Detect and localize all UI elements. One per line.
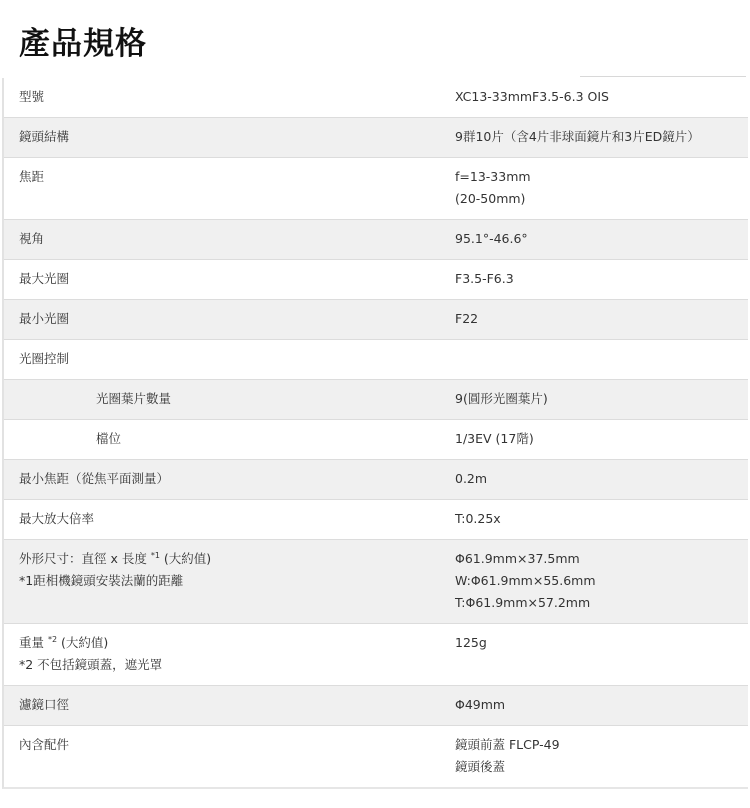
spec-value: 9(圓形光圈葉片) bbox=[455, 380, 748, 419]
spec-row-min-focus-distance: 最小焦距（從焦平面測量） 0.2m bbox=[4, 460, 748, 500]
spec-label: 型號 bbox=[4, 78, 455, 117]
spec-row-angle-of-view: 視角 95.1°-46.6° bbox=[4, 220, 748, 260]
spec-label: 鏡頭結構 bbox=[4, 118, 455, 157]
footnote: *2 不包括鏡頭蓋，遮光罩 bbox=[19, 654, 455, 676]
spec-label: 內含配件 bbox=[4, 726, 455, 787]
footnote-marker: *1 bbox=[151, 551, 160, 560]
spec-row-max-magnification: 最大放大倍率 T:0.25x bbox=[4, 500, 748, 540]
page-title: 產品規格 bbox=[19, 18, 147, 63]
spec-value: 9群10片（含4片非球面鏡片和3片ED鏡片） bbox=[455, 118, 748, 157]
spec-row-weight: 重量 *2 (大約值) *2 不包括鏡頭蓋，遮光罩 125g bbox=[4, 624, 748, 686]
spec-row-filter-size: 濾鏡口徑 Φ49mm bbox=[4, 686, 748, 726]
spec-label: 光圈控制 bbox=[4, 340, 455, 379]
spec-row-aperture-control: 光圈控制 bbox=[4, 340, 748, 380]
spec-value: 95.1°-46.6° bbox=[455, 220, 748, 259]
spec-value bbox=[455, 340, 748, 379]
footnote: *1距相機鏡頭安裝法蘭的距離 bbox=[19, 570, 455, 592]
spec-label: 最大放大倍率 bbox=[4, 500, 455, 539]
divider bbox=[580, 76, 746, 77]
spec-value: F22 bbox=[455, 300, 748, 339]
spec-label: 焦距 bbox=[4, 158, 455, 219]
spec-value: f=13-33mm (20-50mm) bbox=[455, 158, 748, 219]
spec-value: 1/3EV (17階) bbox=[455, 420, 748, 459]
spec-label: 檔位 bbox=[4, 420, 455, 459]
spec-value: Φ61.9mm×37.5mm W:Φ61.9mm×55.6mm T:Φ61.9m… bbox=[455, 540, 748, 623]
spec-label: 外形尺寸：直徑 x 長度 *1 (大約值) *1距相機鏡頭安裝法蘭的距離 bbox=[4, 540, 455, 623]
spec-label: 最小焦距（從焦平面測量） bbox=[4, 460, 455, 499]
spec-row-min-aperture: 最小光圈 F22 bbox=[4, 300, 748, 340]
spec-table: 型號 XC13-33mmF3.5-6.3 OIS 鏡頭結構 9群10片（含4片非… bbox=[2, 78, 748, 789]
spec-value: XC13-33mmF3.5-6.3 OIS bbox=[455, 78, 748, 117]
spec-row-lens-construction: 鏡頭結構 9群10片（含4片非球面鏡片和3片ED鏡片） bbox=[4, 118, 748, 158]
spec-value: F3.5-F6.3 bbox=[455, 260, 748, 299]
spec-label: 重量 *2 (大約值) *2 不包括鏡頭蓋，遮光罩 bbox=[4, 624, 455, 685]
spec-row-accessories: 內含配件 鏡頭前蓋 FLCP-49 鏡頭後蓋 bbox=[4, 726, 748, 787]
footnote-marker: *2 bbox=[48, 635, 57, 644]
spec-value: Φ49mm bbox=[455, 686, 748, 725]
spec-value: 0.2m bbox=[455, 460, 748, 499]
spec-label: 最小光圈 bbox=[4, 300, 455, 339]
spec-row-model: 型號 XC13-33mmF3.5-6.3 OIS bbox=[4, 78, 748, 118]
spec-row-max-aperture: 最大光圈 F3.5-F6.3 bbox=[4, 260, 748, 300]
spec-row-dimensions: 外形尺寸：直徑 x 長度 *1 (大約值) *1距相機鏡頭安裝法蘭的距離 Φ61… bbox=[4, 540, 748, 624]
spec-row-aperture-steps: 檔位 1/3EV (17階) bbox=[4, 420, 748, 460]
spec-label: 濾鏡口徑 bbox=[4, 686, 455, 725]
spec-value: 鏡頭前蓋 FLCP-49 鏡頭後蓋 bbox=[455, 726, 748, 787]
spec-label: 光圈葉片數量 bbox=[4, 380, 455, 419]
spec-label: 視角 bbox=[4, 220, 455, 259]
spec-row-focal-length: 焦距 f=13-33mm (20-50mm) bbox=[4, 158, 748, 220]
spec-value: T:0.25x bbox=[455, 500, 748, 539]
spec-value: 125g bbox=[455, 624, 748, 685]
spec-row-aperture-blades: 光圈葉片數量 9(圓形光圈葉片) bbox=[4, 380, 748, 420]
spec-label: 最大光圈 bbox=[4, 260, 455, 299]
